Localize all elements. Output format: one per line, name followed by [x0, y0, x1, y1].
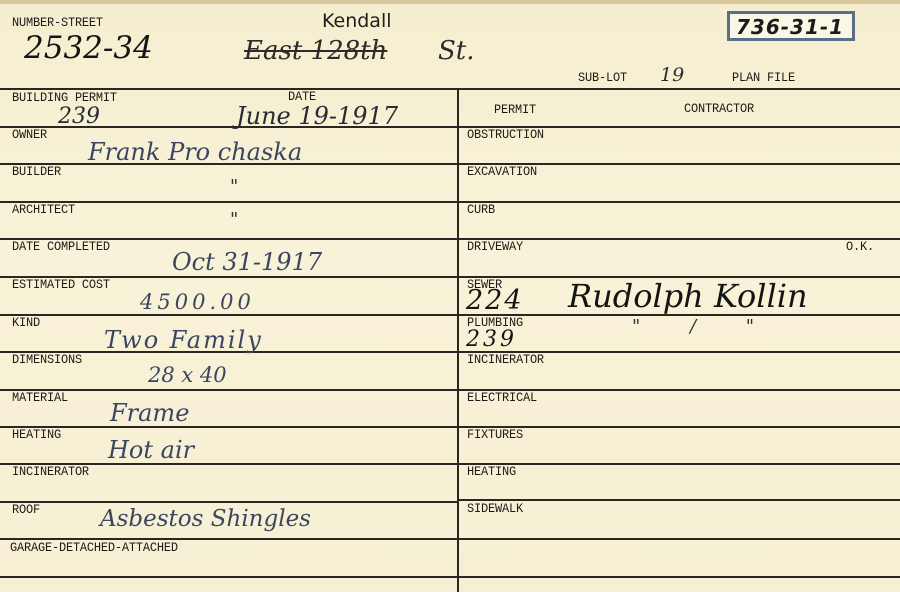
row-line: [457, 238, 900, 240]
electrical-label: ELECTRICAL: [467, 391, 537, 405]
file-number-stamp: 736-31-1: [727, 11, 855, 41]
street-correction: Kendall: [322, 12, 392, 31]
row-line: [0, 314, 457, 316]
sub-lot-value: 19: [660, 66, 684, 85]
sidewalk-label: SIDEWALK: [467, 502, 523, 516]
card-top-edge: [0, 0, 900, 4]
roof-value: Asbestos Shingles: [100, 508, 311, 531]
heating-permit-label: HEATING: [467, 465, 516, 479]
driveway-note: O.K.: [846, 240, 874, 254]
owner-label: OWNER: [12, 128, 47, 142]
kind-label: KIND: [12, 316, 40, 330]
plan-file-label: PLAN FILE: [732, 71, 795, 85]
sub-lot-label: SUB-LOT: [578, 71, 627, 85]
row-line: [457, 426, 900, 428]
date-completed-value: Oct 31-1917: [172, 250, 322, 274]
street-name-struck: East 128th: [244, 38, 387, 64]
excavation-label: EXCAVATION: [467, 165, 537, 179]
architect-label: ARCHITECT: [12, 203, 75, 217]
heating-label: HEATING: [12, 428, 61, 442]
header-divider: [0, 88, 900, 90]
permit-date: June 19-1917: [236, 104, 398, 128]
street-number: 2532-34: [24, 33, 153, 64]
number-street-label: NUMBER-STREET: [12, 16, 103, 30]
incinerator-label: INCINERATOR: [12, 465, 89, 479]
row-line: [0, 501, 457, 503]
heating-value: Hot air: [108, 438, 194, 462]
plumbing-contractor: " / ": [632, 318, 776, 336]
row-line: [0, 426, 457, 428]
obstruction-label: OBSTRUCTION: [467, 128, 544, 142]
date-completed-label: DATE COMPLETED: [12, 240, 110, 254]
building-permit-label: BUILDING PERMIT: [12, 91, 117, 105]
street-suffix: St.: [438, 38, 475, 64]
fixtures-label: FIXTURES: [467, 428, 523, 442]
sewer-contractor: Rudolph Kollin: [568, 280, 808, 312]
kind-value: Two Family: [104, 328, 263, 352]
dimensions-value: 28 x 40: [148, 365, 227, 386]
dimensions-label: DIMENSIONS: [12, 353, 82, 367]
plumbing-permit-number: 239: [466, 329, 517, 351]
builder-value: ": [230, 178, 238, 196]
incinerator-permit-label: INCINERATOR: [467, 353, 544, 367]
estimated-cost-value: 4500.00: [140, 292, 255, 313]
row-line: [0, 576, 457, 578]
row-line: [457, 538, 900, 540]
contractor-column-header: CONTRACTOR: [684, 102, 754, 116]
row-line: [457, 463, 900, 465]
building-permit-number: 239: [58, 106, 100, 128]
architect-value: ": [230, 211, 238, 229]
row-line: [457, 576, 900, 578]
driveway-label: DRIVEWAY: [467, 240, 523, 254]
garage-label: GARAGE-DETACHED-ATTACHED: [10, 541, 178, 555]
building-permit-card: NUMBER-STREET 2532-34 Kendall East 128th…: [0, 0, 900, 592]
curb-label: CURB: [467, 203, 495, 217]
permit-column-header: PERMIT: [494, 103, 536, 117]
material-label: MATERIAL: [12, 391, 68, 405]
builder-label: BUILDER: [12, 165, 61, 179]
row-line: [457, 499, 900, 501]
roof-label: ROOF: [12, 503, 40, 517]
row-line: [457, 201, 900, 203]
file-number: 736-31-1: [736, 15, 844, 39]
sewer-permit-number: 224: [466, 287, 524, 314]
owner-value: Frank Pro chaska: [88, 140, 302, 164]
estimated-cost-label: ESTIMATED COST: [12, 278, 110, 292]
material-value: Frame: [110, 401, 189, 425]
row-line: [0, 389, 457, 391]
